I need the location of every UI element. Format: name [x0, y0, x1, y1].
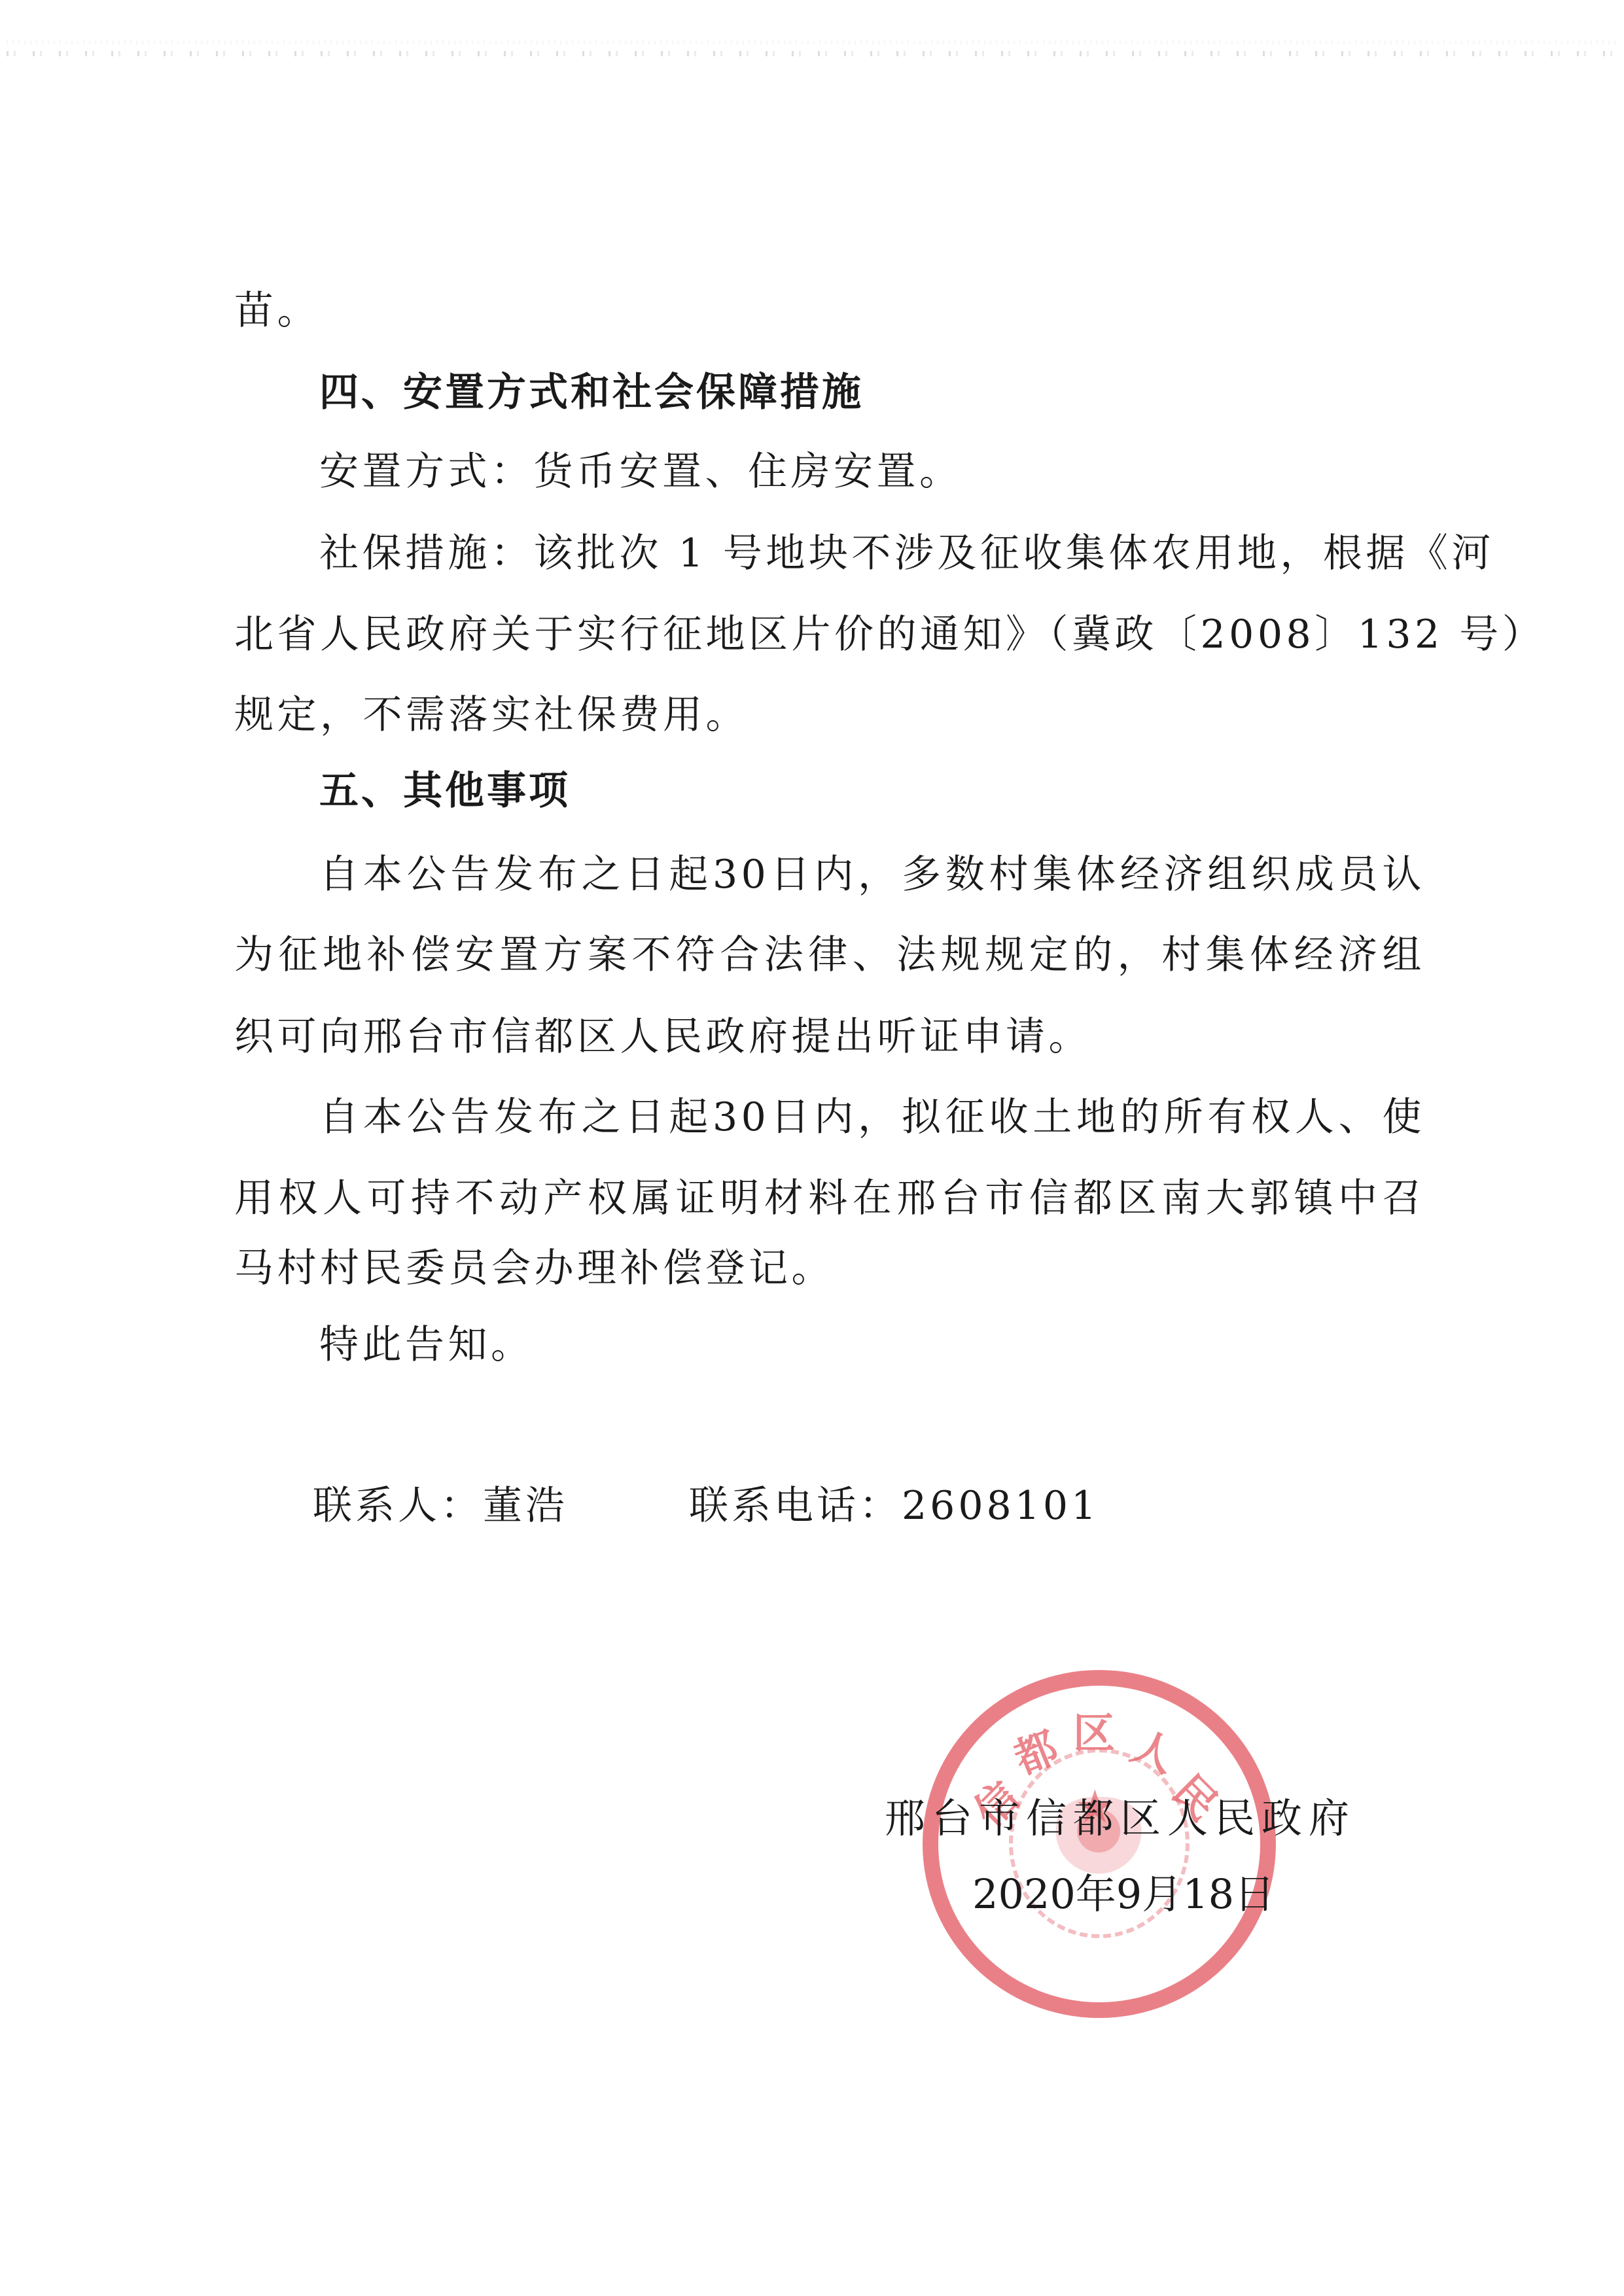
issuing-organization: 邢台市信都区人民政府 [885, 1792, 1356, 1845]
contact-person-label: 联系人： [313, 1483, 483, 1529]
contact-phone: 联系电话：2608101 [689, 1480, 1099, 1532]
resettlement-method: 安置方式：货币安置、住房安置。 [319, 445, 1425, 498]
document-page: 苗。 四、安置方式和社会保障措施 安置方式：货币安置、住房安置。 社保措施：该批… [0, 0, 1624, 2296]
continuation-text: 苗。 [234, 285, 1425, 337]
hearing-paragraph-line-2: 为征地补偿安置方案不符合法律、法规规定的，村集体经济组 [234, 929, 1425, 981]
registration-paragraph-line-1: 自本公告发布之日起30日内，拟征收土地的所有权人、使 [319, 1091, 1425, 1143]
closing-remark: 特此告知。 [319, 1319, 1425, 1371]
seal-char: 区 [1073, 1713, 1115, 1755]
contact-person-name: 董浩 [483, 1483, 568, 1529]
social-security-line-2: 北省人民政府关于实行征地区片价的通知》（冀政〔2008〕132 号） [234, 608, 1425, 661]
scan-artifact-line [7, 51, 1617, 56]
registration-paragraph-line-3: 马村村民委员会办理补偿登记。 [234, 1242, 1425, 1295]
registration-paragraph-line-2: 用权人可持不动产权属证明材料在邢台市信都区南大郭镇中召 [234, 1172, 1425, 1225]
issue-date: 2020年9月18日 [972, 1868, 1275, 1921]
hearing-paragraph-line-1: 自本公告发布之日起30日内，多数村集体经济组织成员认 [319, 848, 1425, 901]
hearing-paragraph-line-3: 织可向邢台市信都区人民政府提出听证申请。 [234, 1011, 1425, 1063]
social-security-line-1: 社保措施：该批次 1 号地块不涉及征收集体农用地，根据《河 [319, 527, 1425, 580]
contact-phone-number: 2608101 [902, 1483, 1099, 1529]
scan-artifact [7, 41, 1617, 44]
contact-info: 联系人：董浩 联系电话：2608101 [313, 1480, 568, 1532]
contact-phone-label: 联系电话： [689, 1483, 902, 1529]
section-4-heading: 四、安置方式和社会保障措施 [319, 366, 1425, 419]
social-security-line-3: 规定，不需落实社保费用。 [234, 689, 1425, 741]
section-5-heading: 五、其他事项 [319, 765, 1425, 817]
